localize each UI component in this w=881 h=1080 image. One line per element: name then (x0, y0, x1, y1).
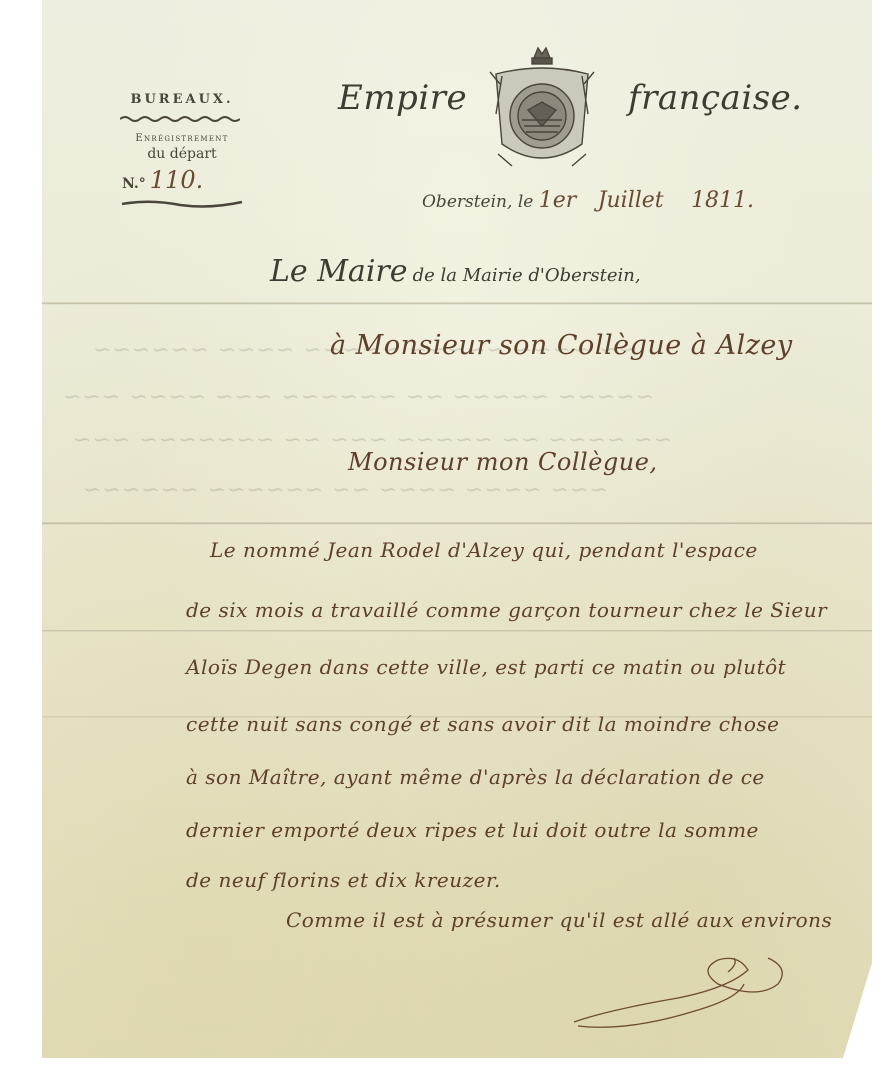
body-line: de six mois a travaillé comme garçon tou… (186, 598, 827, 622)
wave-ornament-icon (120, 115, 240, 123)
dateline: Oberstein, le 1er Juillet 1811. (422, 188, 754, 213)
salutation: Monsieur mon Collègue, (348, 448, 658, 476)
fold-line (42, 302, 872, 305)
signature-flourish-icon (568, 950, 798, 1040)
registration-block: BUREAUX. Enrégistrement du départ N.°110… (112, 92, 252, 213)
body-line: Le nommé Jean Rodel d'Alzey qui, pendant… (210, 538, 758, 562)
registration-label: Enrégistrement (112, 133, 252, 144)
bleed-through-text: ~~~ ~~~~ ~~~~ ~~ ~~~~~~ ~~~~~~ (82, 478, 608, 503)
date-month: Juillet (598, 188, 664, 213)
body-line: dernier emporté deux ripes et lui doit o… (186, 818, 759, 842)
heading-francaise: française. (628, 78, 803, 118)
heading-empire: Empire (338, 78, 467, 118)
recipient-line: à Monsieur son Collègue à Alzey (330, 330, 793, 361)
date-place: Oberstein, le (422, 192, 533, 212)
bleed-through-text: ~~~~~ ~~~~~ ~~ ~~~~~~ ~~~ ~~~~ ~~~ (62, 385, 654, 410)
body-line: à son Maître, ayant même d'après la décl… (186, 765, 765, 789)
date-year: 1811. (691, 188, 754, 213)
closing-line: Comme il est à présumer qu'il est allé a… (286, 908, 832, 932)
sender-title: Le Maire (270, 254, 408, 289)
registration-number: N.°110. (112, 166, 252, 194)
number-value: 110. (150, 166, 203, 194)
body-line: cette nuit sans congé et sans avoir dit … (186, 712, 780, 736)
date-day: 1er (539, 188, 577, 213)
sender-heading: Le Maire de la Mairie d'Oberstein, (270, 254, 641, 289)
fold-line (42, 522, 872, 525)
bureaux-title: BUREAUX. (112, 92, 252, 107)
departure-label: du départ (112, 146, 252, 162)
body-line: de neuf florins et dix kreuzer. (186, 868, 501, 892)
sender-office: de la Mairie d'Oberstein, (413, 265, 641, 286)
swash-ornament-icon (120, 199, 245, 209)
body-line: Aloïs Degen dans cette ville, est parti … (186, 655, 786, 679)
fold-line (42, 630, 872, 632)
number-label: N.° (122, 176, 146, 192)
imperial-coat-of-arms-icon (482, 44, 602, 174)
